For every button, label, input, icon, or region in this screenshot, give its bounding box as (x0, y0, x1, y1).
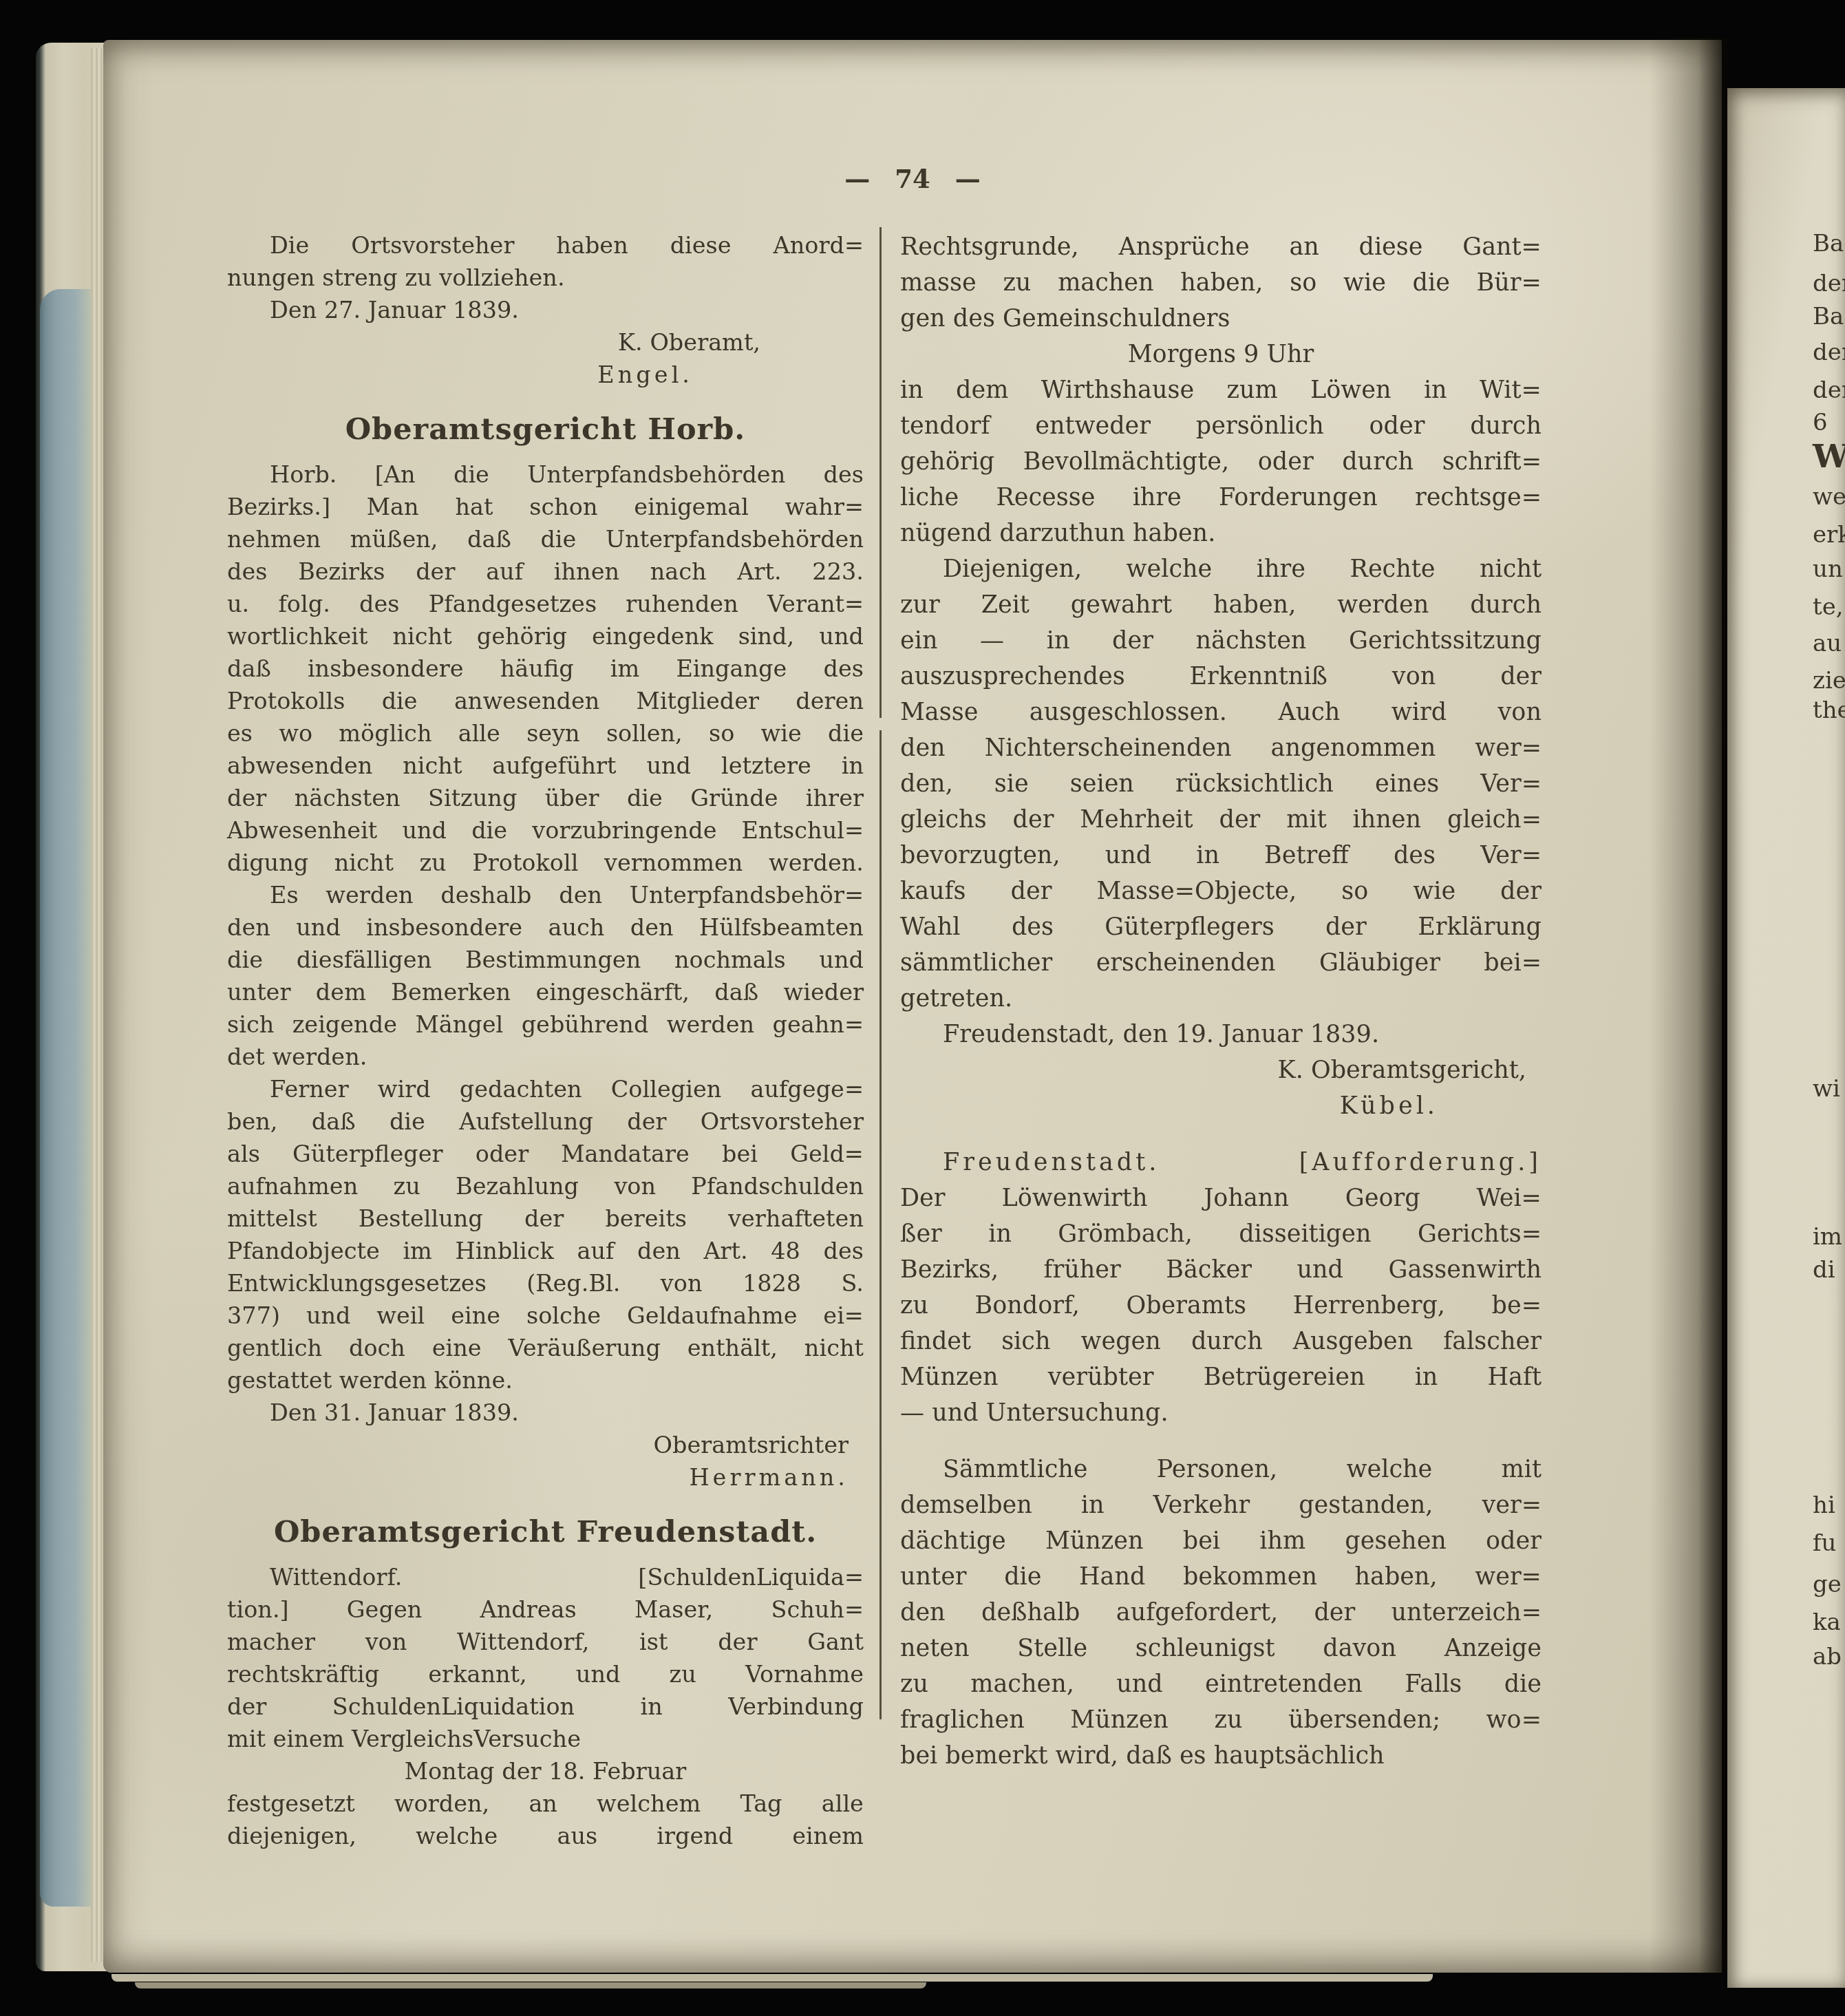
text-fragment: W (1813, 441, 1845, 473)
text-fragment: au (1813, 632, 1842, 655)
text-line: MünzenverübterBetrügereieninHaft (900, 1359, 1542, 1395)
text-line: abwesendennichtaufgeführtundletzterein (227, 750, 864, 782)
text-line: festgesetztworden,anwelchemTagalle (227, 1787, 864, 1820)
text-line: dernächstenSitzungüberdieGründeihrer (227, 782, 864, 814)
text-line: rechtskräftigerkannt,undzuVornahme (227, 1658, 864, 1690)
text-line: gen des Gemeinschuldners (900, 301, 1542, 337)
text-line: K. Oberamtsgericht, (900, 1052, 1542, 1088)
text-line: Montag der 18. Februar (227, 1755, 864, 1787)
text-fragment: Ba (1813, 305, 1844, 328)
text-fragment: erk (1813, 523, 1845, 547)
text-line: den,sieseienrücksichtlicheinesVer= (900, 766, 1542, 802)
text-fragment: di (1813, 1258, 1835, 1282)
text-fragment: the (1813, 699, 1845, 722)
text-line: Morgens 9 Uhr (900, 337, 1542, 372)
text-fragment: zie (1813, 669, 1845, 692)
text-line: mit einem VergleichsVersuche (227, 1723, 864, 1755)
text-line: Oberamtsgericht Horb. (227, 409, 864, 450)
text-line: gentlichdocheineVeräußerungenthält,nicht (227, 1332, 864, 1364)
text-line: Horb.[AndieUnterpfandsbehördendes (227, 458, 864, 491)
left-page: — 74 — DieOrtsvorsteherhabendieseAnord=n… (103, 40, 1722, 1973)
column-rule-upper (879, 227, 882, 718)
text-line: nehmenmüßen,daßdieUnterpfandsbehörden (227, 523, 864, 555)
folio-number: 74 (895, 164, 930, 194)
text-line: Diejenigen,welcheihreRechtenicht (900, 551, 1542, 587)
text-line: denundinsbesondereauchdenHülfsbeamten (227, 911, 864, 944)
text-line: unterdemBemerkeneingeschärft,daßwieder (227, 976, 864, 1008)
text-line: K. Oberamt, (227, 326, 864, 359)
text-line: kaufsderMasse=Objecte,sowieder (900, 873, 1542, 909)
text-line: SämmtlichePersonen,welchemit (900, 1452, 1542, 1487)
text-line: demselbeninVerkehrgestanden,ver= (900, 1487, 1542, 1523)
text-line: ßerinGrömbach,disseitigenGerichts= (900, 1216, 1542, 1252)
text-line: Den 27. Januar 1839. (227, 294, 864, 326)
facing-page-partial: BaderBademder6Wweerkunte,auziethewiimdih… (1727, 88, 1845, 1988)
text-fragment: ka (1813, 1611, 1841, 1634)
text-fragment: te, (1813, 595, 1844, 619)
text-line: diediesfälligenBestimmungennochmalsund (227, 944, 864, 976)
text-line: aufnahmenzuBezahlungvonPfandschulden (227, 1170, 864, 1202)
text-line: ProtokollsdieanwesendenMitgliederderen (227, 685, 864, 717)
text-line: alsGüterpflegeroderMandatarebeiGeld= (227, 1138, 864, 1170)
text-line: findetsichwegendurchAusgebenfalscher (900, 1324, 1542, 1359)
text-fragment: hi (1813, 1494, 1835, 1517)
text-line: Engel. (227, 359, 864, 391)
text-fragment: der (1813, 379, 1845, 402)
text-line: gestattet werden könne. (227, 1364, 864, 1397)
text-line: wortlichkeitnichtgehörigeingedenksind,un… (227, 620, 864, 652)
text-line: Den 31. Januar 1839. (227, 1397, 864, 1429)
text-line: 377)undweileinesolcheGeldaufnahmeei= (227, 1299, 864, 1332)
text-line: auszusprechendesErkenntnißvonder (900, 659, 1542, 694)
text-line: Bezirks.]Manhatschoneinigemalwahr= (227, 491, 864, 523)
text-line: Wittendorf.[SchuldenLiquida= (227, 1561, 864, 1593)
text-line: Herrmann. (227, 1461, 864, 1494)
text-fragment: 6 (1813, 411, 1828, 434)
text-line: netenStelleschleunigstdavonAnzeige (900, 1631, 1542, 1666)
text-line: dächtigeMünzenbeiihmgesehenoder (900, 1523, 1542, 1559)
text-line: sämmtlichererscheinendenGläubigerbei= (900, 945, 1542, 981)
text-line: gehörigBevollmächtigte,oderdurchschrift= (900, 444, 1542, 480)
text-fragment: fu (1813, 1531, 1836, 1555)
text-line: FernerwirdgedachtenCollegienaufgege= (227, 1073, 864, 1105)
text-line: ben,daßdieAufstellungderOrtsvorsteher (227, 1105, 864, 1138)
text-line: det werden. (227, 1041, 864, 1073)
text-line: DieOrtsvorsteherhabendieseAnord= (227, 229, 864, 262)
text-line: Masseausgeschlossen.Auchwirdvon (900, 694, 1542, 730)
text-line: zumachen,undeintretendenFallsdie (900, 1666, 1542, 1702)
page-number: — 74 — (103, 164, 1722, 194)
text-fragment: wi (1813, 1077, 1840, 1101)
text-fragment: der (1813, 272, 1845, 295)
text-line: AbwesenheitunddievorzubringendeEntschul= (227, 814, 864, 847)
text-line: u.folg.desPfandgesetzesruhendenVerant= (227, 588, 864, 620)
text-line: indemWirthshausezumLöweninWit= (900, 372, 1542, 408)
text-fragment: ge (1813, 1573, 1842, 1596)
text-line: tendorfentwederpersönlichoderdurch (900, 408, 1542, 444)
text-line: machervonWittendorf,istderGant (227, 1626, 864, 1658)
text-line: desBezirksderaufihnennachArt.223. (227, 555, 864, 588)
text-line: WahldesGüterpflegersderErklärung (900, 909, 1542, 945)
right-page-fragments: BaderBademder6Wweerkunte,auziethewiimdih… (1727, 88, 1845, 1988)
text-line: denNichterscheinendenangenommenwer= (900, 730, 1542, 766)
gutter-shadow (1649, 38, 1729, 1973)
text-line: unterdieHandbekommenhaben,wer= (900, 1559, 1542, 1595)
text-line: zuBondorf,OberamtsHerrenberg,be= (900, 1288, 1542, 1324)
text-line: Freudenstadt, den 19. Januar 1839. (900, 1017, 1542, 1052)
text-fragment: Ba (1813, 232, 1844, 255)
text-fragment: im (1813, 1225, 1842, 1249)
text-fragment: ab (1813, 1645, 1842, 1668)
text-line: PfandobjecteimHinblickaufdenArt.48des (227, 1235, 864, 1267)
text-line: ein—indernächstenGerichtssitzung (900, 623, 1542, 659)
text-line: diejenigen,welcheausirgendeinem (227, 1820, 864, 1852)
text-line: Rechtsgrunde,AnsprücheandieseGant= (900, 229, 1542, 265)
text-line: gleichsderMehrheitdermitihnengleich= (900, 802, 1542, 838)
text-line: eswomöglichalleseynsollen,sowiedie (227, 717, 864, 750)
text-line: dendeßhalbaufgefordert,derunterzeich= (900, 1595, 1542, 1631)
text-fragment: dem (1813, 341, 1845, 364)
text-line: bevorzugten,undinBetreffdesVer= (900, 838, 1542, 873)
text-line: sichzeigendeMängelgebührendwerdengeahn= (227, 1008, 864, 1041)
text-fragment: we (1813, 485, 1845, 509)
text-line: massezumachenhaben,sowiedieBür= (900, 265, 1542, 301)
blue-fore-edge-band (40, 289, 91, 1907)
text-line: Kübel. (900, 1088, 1542, 1124)
folio-dash-right: — (955, 164, 981, 194)
column-rule-lower (879, 730, 882, 1719)
text-line: getreten. (900, 981, 1542, 1017)
folio-dash-left: — (844, 164, 870, 194)
text-line: Oberamtsrichter (227, 1429, 864, 1461)
bottom-page-edge (135, 1982, 926, 1988)
text-line: licheRecesseihreForderungenrechtsge= (900, 480, 1542, 516)
text-line: derSchuldenLiquidationinVerbindung (227, 1690, 864, 1723)
text-line: Freudenstadt.[Aufforderung.] (900, 1145, 1542, 1180)
text-line: Bezirks,früherBäckerundGassenwirth (900, 1252, 1542, 1288)
bottom-page-edge (111, 1974, 1433, 1982)
text-line: tion.]GegenAndreasMaser,Schuh= (227, 1593, 864, 1626)
text-line: daßinsbesonderehäufigimEingangedes (227, 652, 864, 685)
text-line: digungnichtzuProtokollvernommenwerden. (227, 847, 864, 879)
left-column: DieOrtsvorsteherhabendieseAnord=nungen s… (227, 229, 864, 1852)
text-line: bei bemerkt wird, daß es hauptsächlich (900, 1738, 1542, 1774)
text-line: mittelstBestellungderbereitsverhafteten (227, 1202, 864, 1235)
text-line: nungen streng zu vollziehen. (227, 262, 864, 294)
text-line: Entwicklungsgesetzes(Reg.Bl.von1828S. (227, 1267, 864, 1299)
text-fragment: un (1813, 558, 1843, 581)
text-line: zurZeitgewahrthaben,werdendurch (900, 587, 1542, 623)
text-line: — und Untersuchung. (900, 1395, 1542, 1431)
text-line: fraglichenMünzenzuübersenden;wo= (900, 1702, 1542, 1738)
text-line: EswerdendeshalbdenUnterpfandsbehör= (227, 879, 864, 911)
text-line: DerLöwenwirthJohannGeorgWei= (900, 1180, 1542, 1216)
text-line: Oberamtsgericht Freudenstadt. (227, 1511, 864, 1553)
book-scan-photo: — 74 — DieOrtsvorsteherhabendieseAnord=n… (0, 0, 1845, 2016)
text-line: nügend darzuthun haben. (900, 516, 1542, 551)
right-column: Rechtsgrunde,AnsprücheandieseGant=massez… (900, 229, 1542, 1774)
